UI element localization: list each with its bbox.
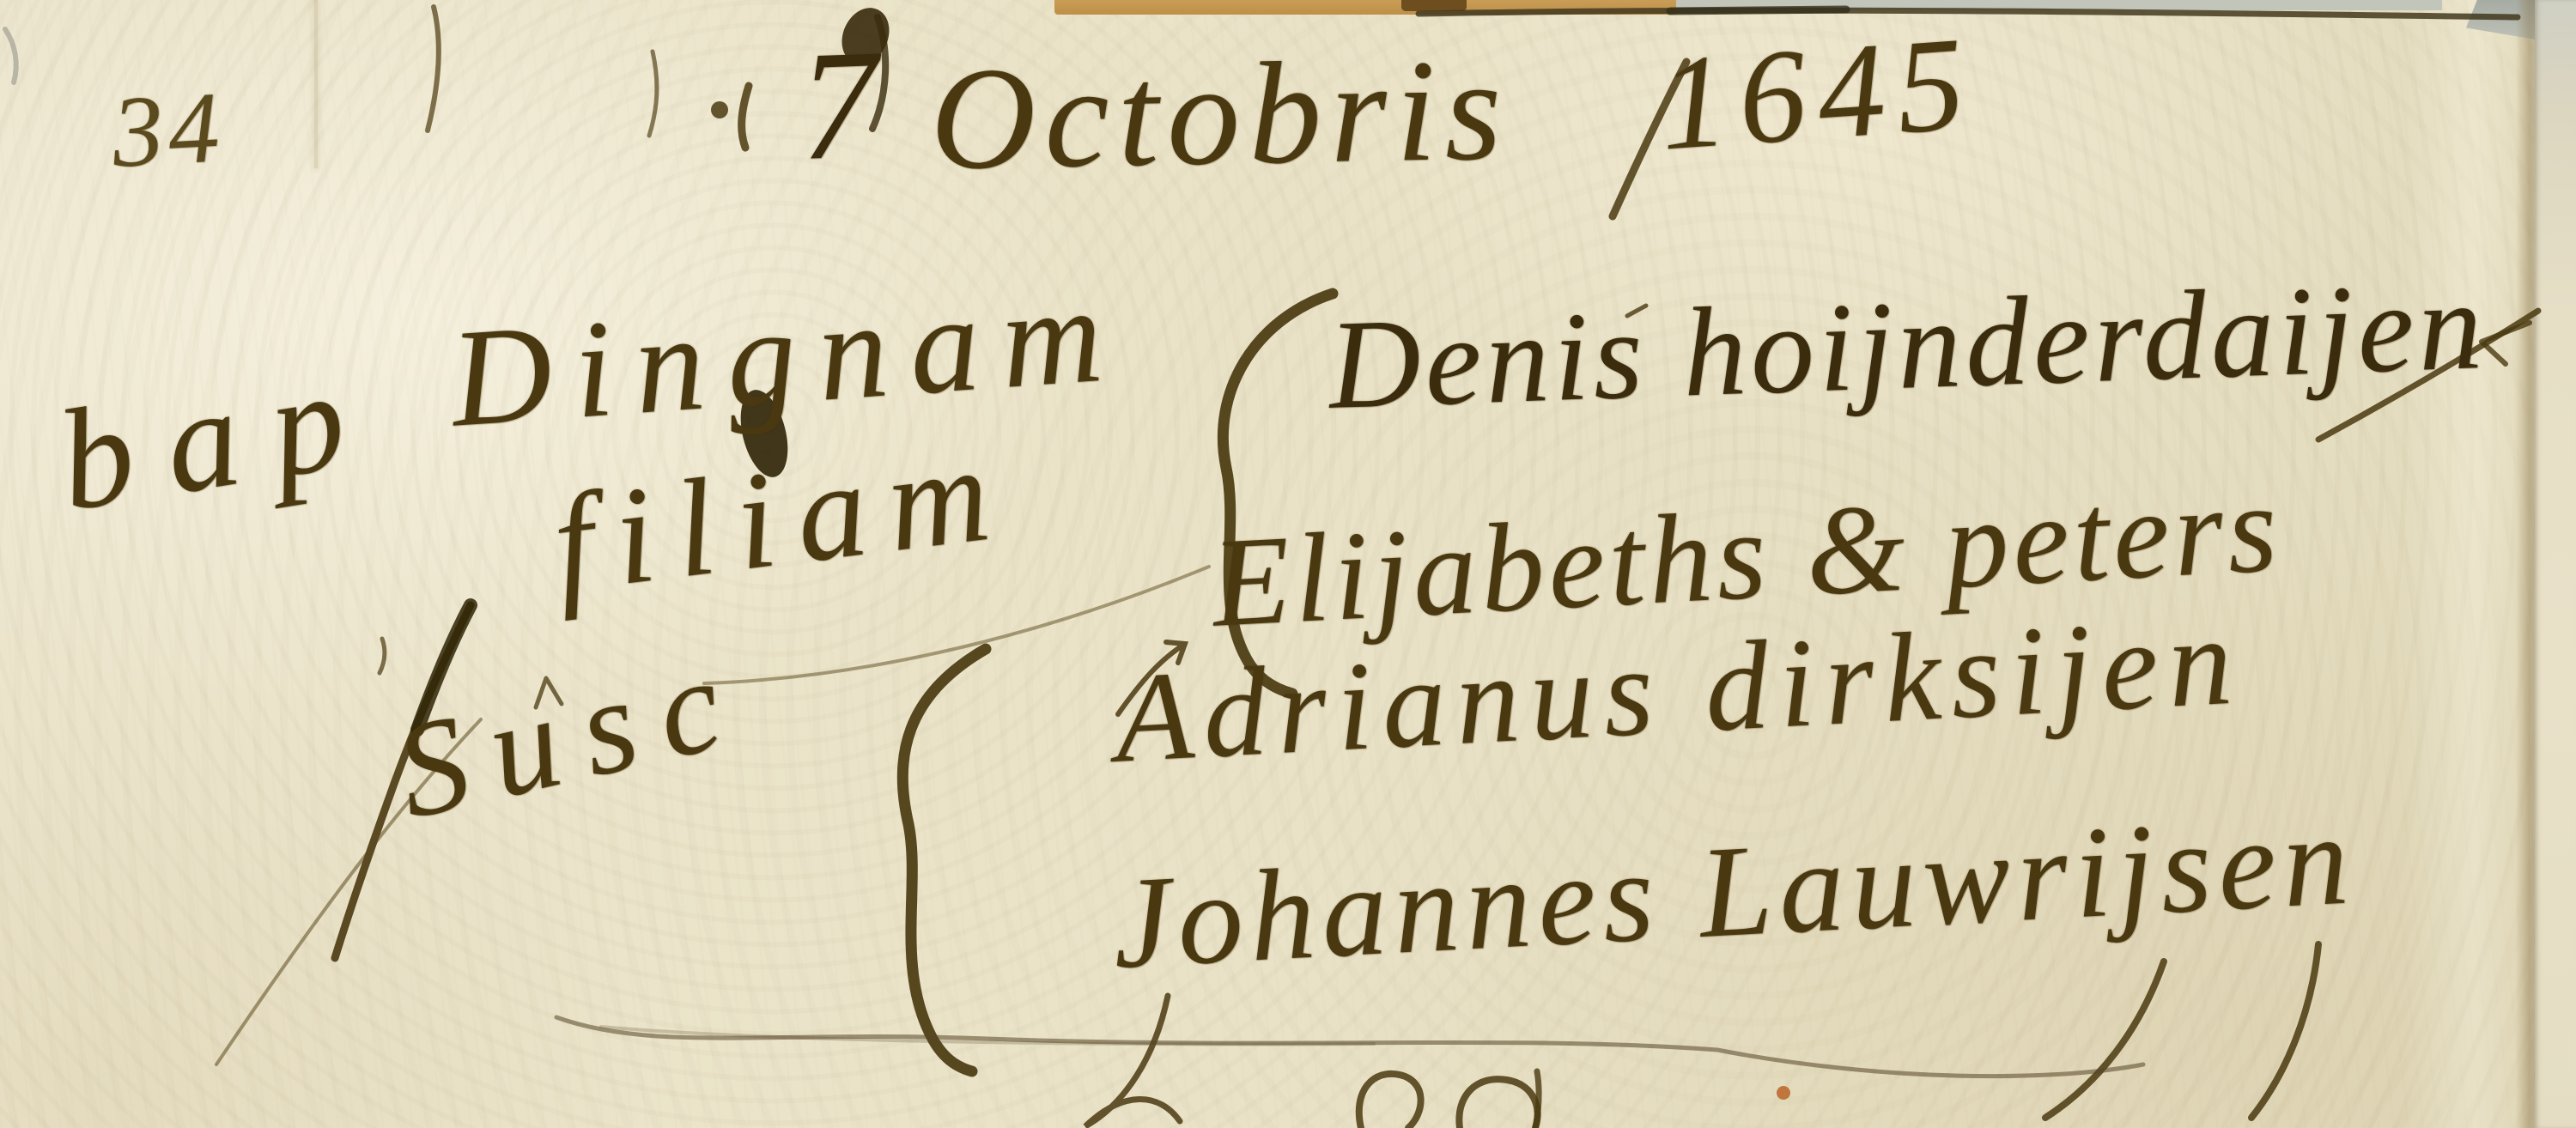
orange-speck [1777,1086,1790,1100]
date-lead-tick [742,86,749,148]
next-entry-partial-stroke-1 [1359,1074,1421,1128]
top-edge-cut-stroke-2 [649,52,657,136]
next-entry-partial-stroke-3 [1535,1071,1539,1128]
susc-comma-tick [380,639,385,673]
johannes-descender-loop [1085,996,1180,1126]
lauwrijsen-descender-2 [2251,944,2318,1118]
manuscript-page-scan: 34 · 7 Octobris 1645 bap Dingnam filiam … [0,0,2576,1128]
brace-sponsors [902,649,986,1071]
lauwrijsen-descender-1 [2045,961,2164,1118]
top-left-corner-mark [5,29,16,82]
entry-date-year: 1645 [1656,15,1980,171]
page-number: 34 [110,76,227,184]
entry-date-day: 7 [797,27,880,185]
top-edge-cut-stroke-1 [428,7,439,130]
entry-date-month: Octobris [929,36,1511,192]
page-top-rule-thick [1670,9,1846,11]
entry-underline-flourish [556,1017,2143,1076]
next-entry-partial-stroke-2 [1459,1079,1537,1128]
